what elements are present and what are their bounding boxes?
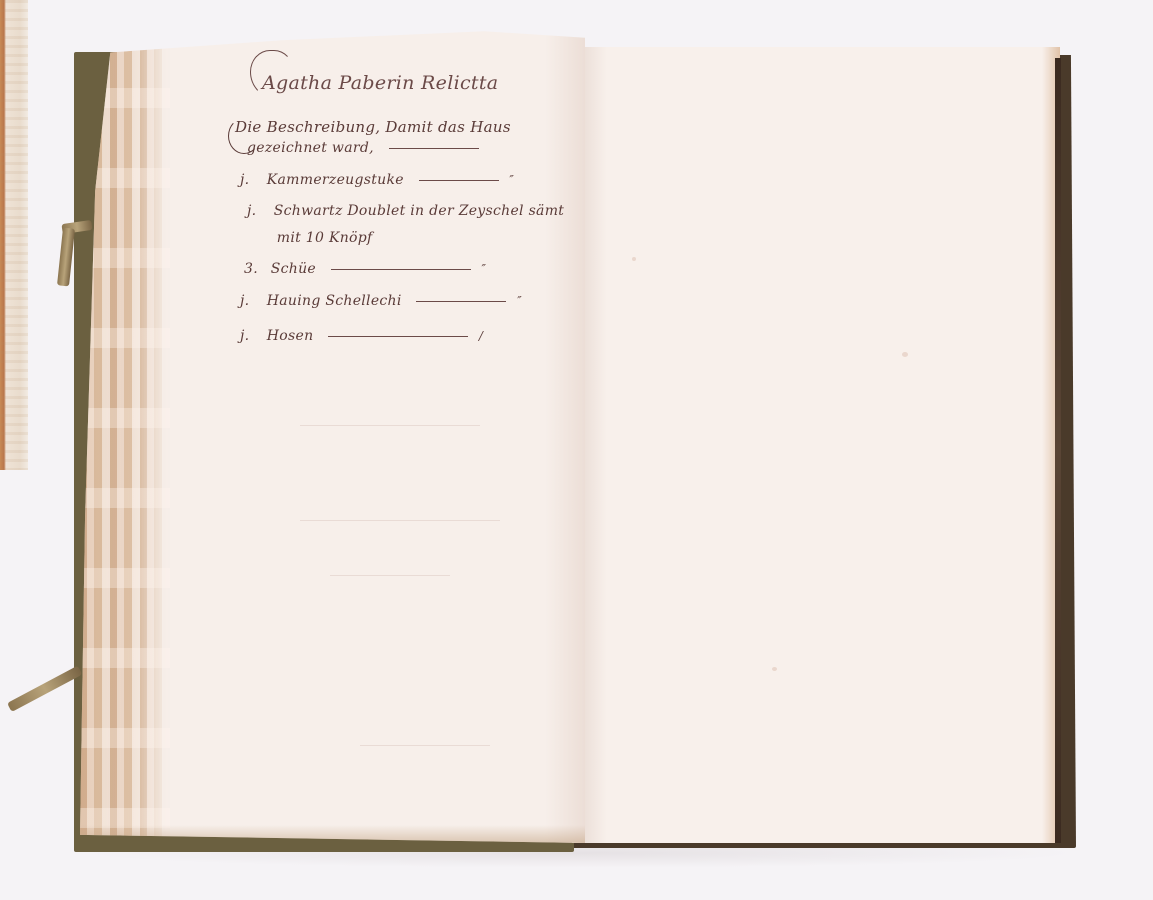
entry-text: Schwartz Doublet in der Zeyschel sämt — [274, 203, 564, 219]
bleed-through-line — [300, 425, 480, 426]
entry-dash — [389, 148, 479, 149]
entry-qty: j. — [247, 203, 269, 219]
bleed-through-line — [300, 520, 500, 521]
right-cover-edge — [1055, 58, 1061, 843]
manuscript-entry: mit 10 Knöpf — [250, 230, 373, 246]
entry-text: mit 10 Knöpf — [277, 230, 373, 246]
entry-mark: / — [479, 329, 483, 343]
entry-qty: j. — [240, 293, 262, 309]
ribbon-marker-top-tail — [57, 228, 75, 287]
foxing-spot — [632, 257, 636, 261]
heading-flourish — [250, 50, 294, 98]
heading-text: Agatha Paberin Relictta — [262, 72, 498, 94]
entry-mark: ″ — [509, 173, 514, 187]
right-page — [572, 47, 1060, 843]
manuscript-entry: 3. Schüe ″ — [244, 261, 486, 277]
entry-qty: j. — [240, 328, 262, 344]
entry-text: Die Beschreibung, Damit das Haus — [235, 118, 511, 136]
entry-dash — [331, 269, 471, 270]
entry-mark: ″ — [482, 262, 487, 276]
manuscript-entry: j. Hauing Schellechi ″ — [240, 293, 522, 309]
manuscript-entry: j. Schwartz Doublet in der Zeyschel sämt — [247, 203, 564, 219]
entry-text: Hauing Schellechi — [267, 293, 402, 309]
bleed-through-line — [330, 575, 450, 576]
manuscript-entry: j. Kammerzeugstuke ″ — [240, 172, 514, 188]
entry-text: Kammerzeugstuke — [267, 172, 404, 188]
manuscript-heading: Agatha Paberin Relictta — [262, 72, 498, 94]
foxing-spot — [772, 667, 777, 671]
manuscript-entry: j. Hosen / — [240, 328, 483, 344]
manuscript-entry: gezeichnet ward, — [247, 140, 479, 156]
entry-text: Hosen — [267, 328, 314, 344]
manuscript-entry: Die Beschreibung, Damit das Haus — [235, 118, 511, 136]
entry-mark: ″ — [517, 294, 522, 308]
foxing-spot — [902, 352, 908, 357]
entry-dash — [419, 180, 499, 181]
entry-dash — [416, 301, 506, 302]
entry-dash — [328, 336, 468, 337]
entry-qty: 3. — [244, 261, 266, 277]
gutter-shadow — [545, 28, 585, 843]
entry-text: Schüe — [271, 261, 316, 277]
wood-table-edge — [0, 0, 28, 470]
entry-qty: j. — [240, 172, 262, 188]
bleed-through-line — [360, 745, 490, 746]
entry-text: gezeichnet ward, — [247, 140, 374, 156]
ribbon-marker-bottom — [7, 666, 82, 712]
